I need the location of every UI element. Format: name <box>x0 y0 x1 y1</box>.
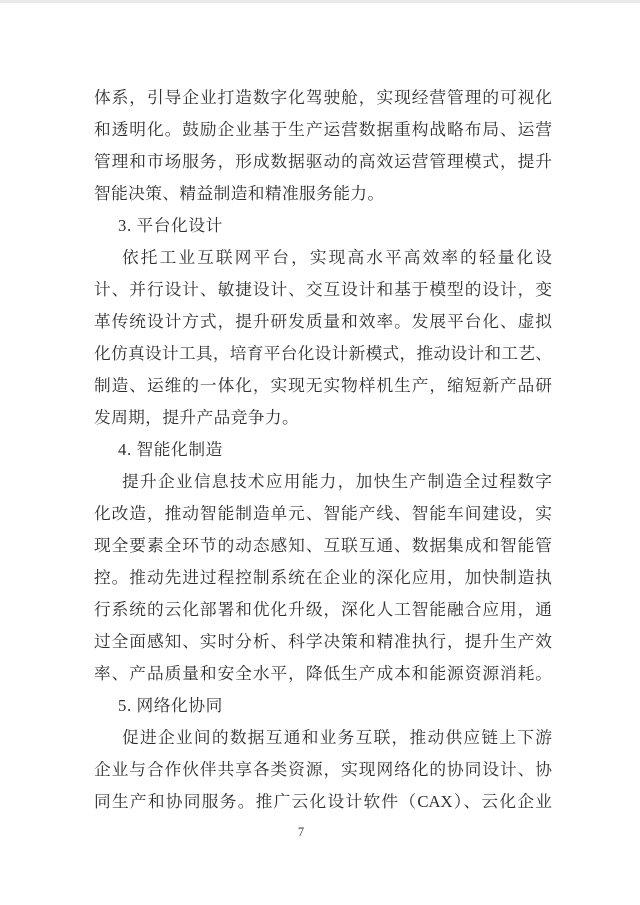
text-line: 行系统的云化部署和优化升级，深化人工智能融合应用，通 <box>94 594 552 626</box>
text-line: 同生产和协同服务。推广云化设计软件（CAX）、云化企业 <box>94 786 552 818</box>
text-line: 过全面感知、实时分析、科学决策和精准执行，提升生产效 <box>94 626 552 658</box>
text-line: 制造、运维的一体化，实现无实物样机生产，缩短新产品研 <box>94 370 552 402</box>
text-line: 企业与合作伙伴共享各类资源，实现网络化的协同设计、协 <box>94 754 552 786</box>
section-heading: 4. 智能化制造 <box>94 434 552 466</box>
text-line: 率、产品质量和安全水平，降低生产成本和能源资源消耗。 <box>94 658 552 690</box>
text-line: 现全要素全环节的动态感知、互联互通、数据集成和智能管 <box>94 530 552 562</box>
text-line: 智能决策、精益制造和精准服务能力。 <box>94 178 552 210</box>
text-line: 促进企业间的数据互通和业务互联，推动供应链上下游 <box>94 722 552 754</box>
text-line: 管理和市场服务，形成数据驱动的高效运营管理模式，提升 <box>94 146 552 178</box>
text-line: 化改造，推动智能制造单元、智能产线、智能车间建设，实 <box>94 498 552 530</box>
section-heading: 5. 网络化协同 <box>94 690 552 722</box>
text-line: 革传统设计方式，提升研发质量和效率。发展平台化、虚拟 <box>94 306 552 338</box>
text-line: 体系，引导企业打造数字化驾驶舱，实现经营管理的可视化 <box>94 82 552 114</box>
section-heading: 3. 平台化设计 <box>94 210 552 242</box>
text-line: 和透明化。鼓励企业基于生产运营数据重构战略布局、运营 <box>94 114 552 146</box>
text-block: 体系，引导企业打造数字化驾驶舱，实现经营管理的可视化和透明化。鼓励企业基于生产运… <box>94 82 552 818</box>
text-line: 控。推动先进过程控制系统在企业的深化应用，加快制造执 <box>94 562 552 594</box>
text-line: 依托工业互联网平台，实现高水平高效率的轻量化设 <box>94 242 552 274</box>
text-line: 化仿真设计工具，培育平台化设计新模式，推动设计和工艺、 <box>94 338 552 370</box>
text-line: 发周期，提升产品竞争力。 <box>94 402 552 434</box>
page-top-edge <box>0 0 640 3</box>
text-line: 计、并行设计、敏捷设计、交互设计和基于模型的设计，变 <box>94 274 552 306</box>
text-line: 提升企业信息技术应用能力，加快生产制造全过程数字 <box>94 466 552 498</box>
page-number: 7 <box>94 822 508 842</box>
